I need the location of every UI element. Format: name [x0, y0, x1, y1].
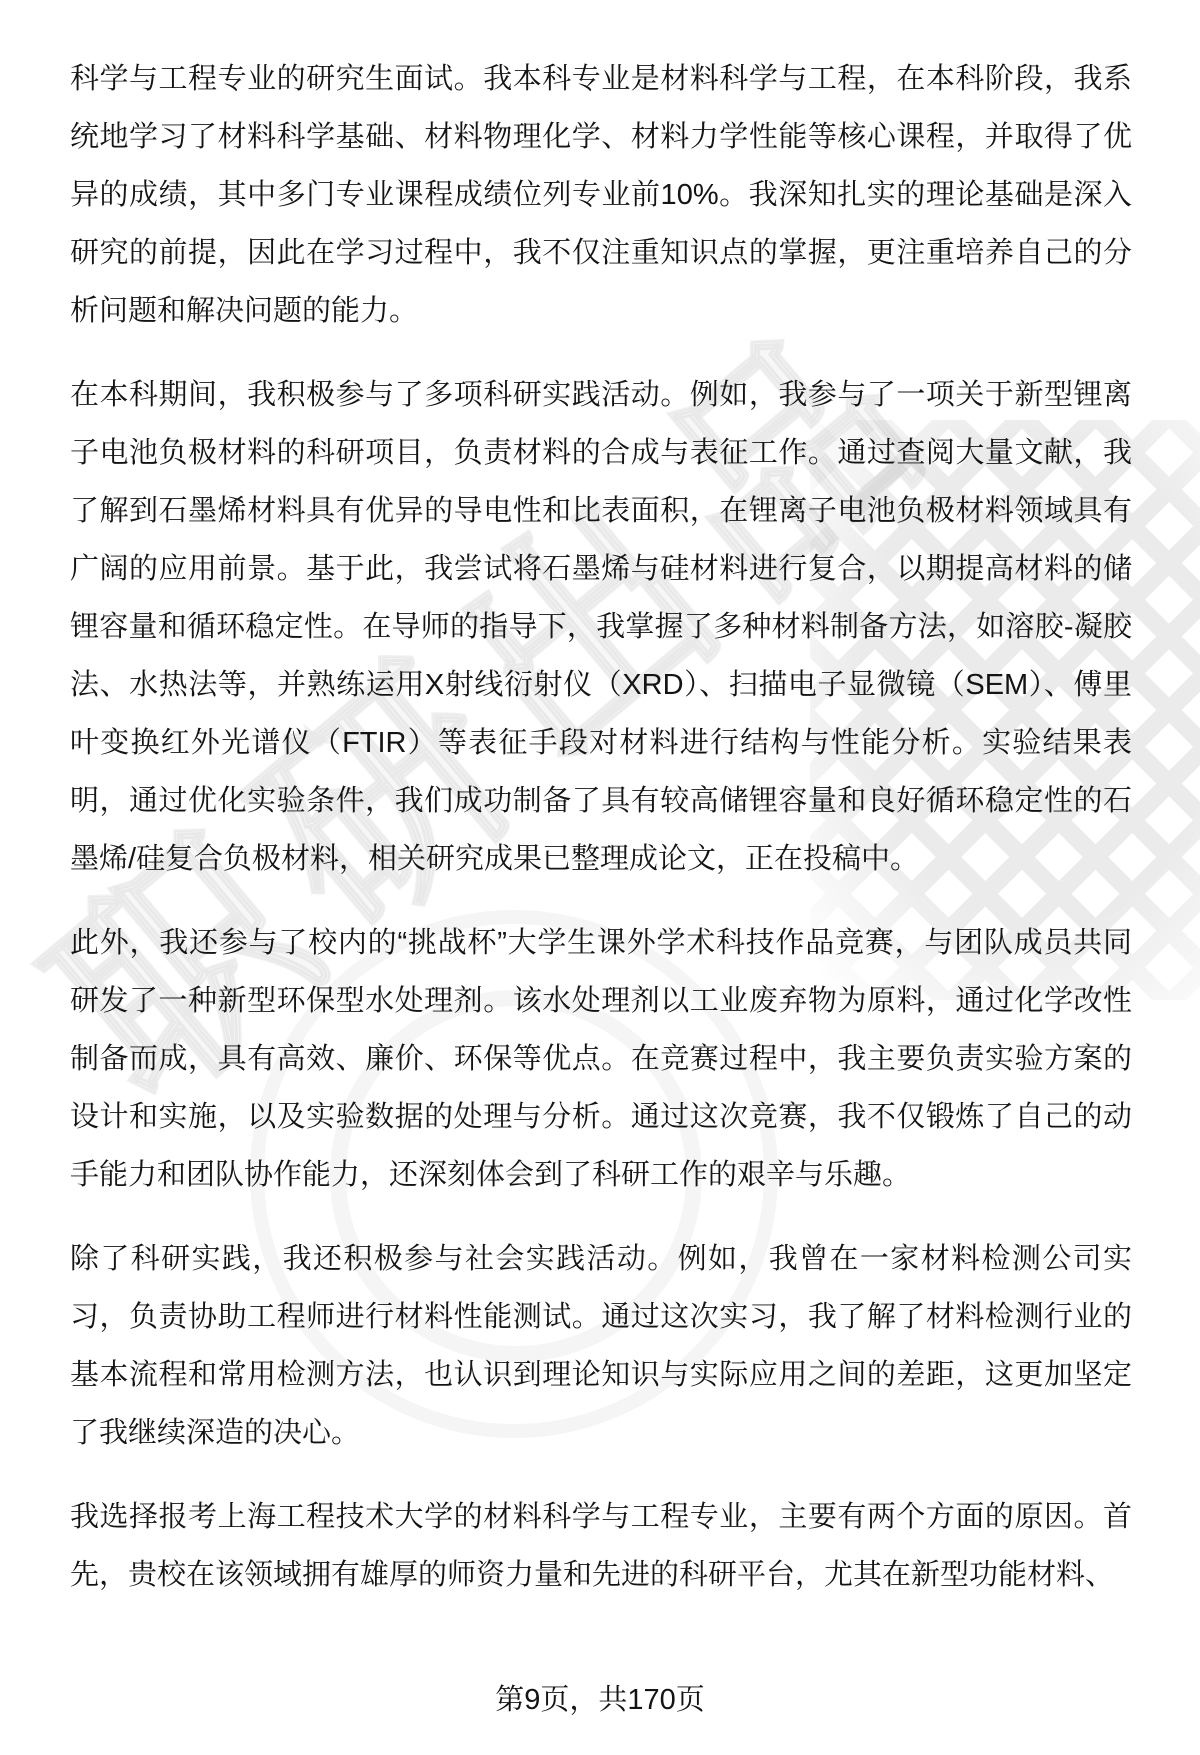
page-content: 科学与工程专业的研究生面试。我本科专业是材料科学与工程，在本科阶段，我系统地学习…: [70, 50, 1132, 1630]
paragraph-3: 此外，我还参与了校内的“挑战杯”大学生课外学术科技作品竞赛，与团队成员共同研发了…: [70, 914, 1132, 1204]
paragraph-2: 在本科期间，我积极参与了多项科研实践活动。例如，我参与了一项关于新型锂离子电池负…: [70, 366, 1132, 888]
document-page: 职研出品 科学与工程专业的研究生面试。我本科专业是材料科学与工程，在本科阶段，我…: [0, 0, 1200, 1755]
page-number-footer: 第9页，共170页: [0, 1678, 1200, 1722]
paragraph-4: 除了科研实践，我还积极参与社会实践活动。例如，我曾在一家材料检测公司实习，负责协…: [70, 1230, 1132, 1462]
paragraph-1: 科学与工程专业的研究生面试。我本科专业是材料科学与工程，在本科阶段，我系统地学习…: [70, 50, 1132, 340]
paragraph-5: 我选择报考上海工程技术大学的材料科学与工程专业，主要有两个方面的原因。首先，贵校…: [70, 1488, 1132, 1604]
